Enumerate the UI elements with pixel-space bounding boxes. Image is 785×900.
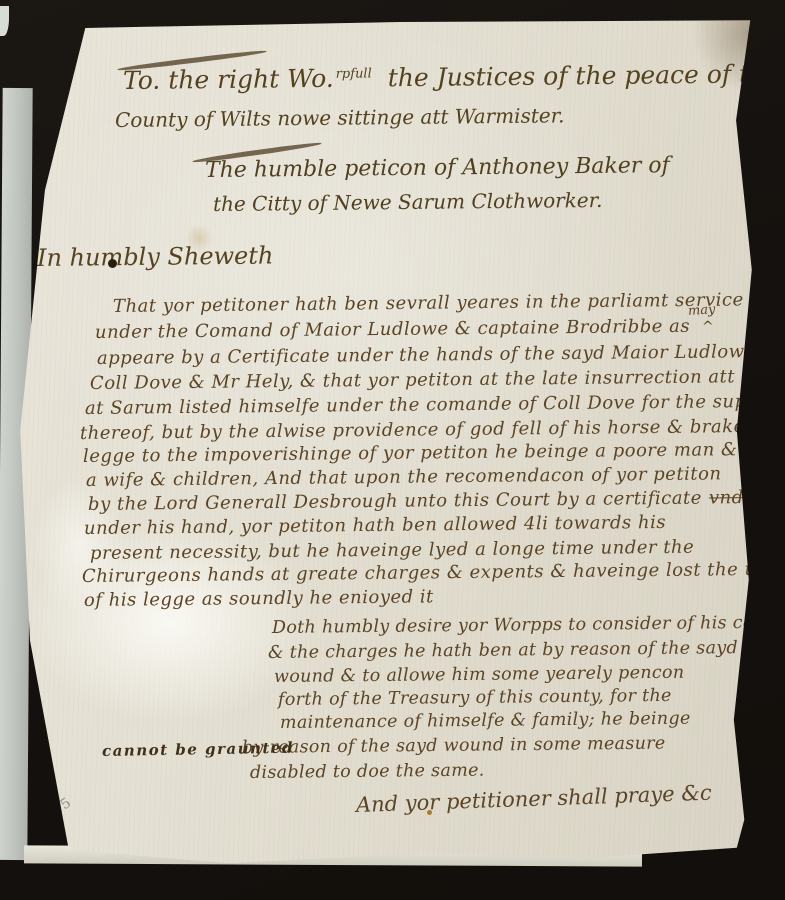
body-line-4: Coll Dove & Mr Hely, & that yor petiton … — [90, 366, 735, 394]
photo-background: To. the right Wo.rpfullthe Justices of t… — [0, 0, 785, 900]
heading-line-2: County of Wilts nowe sittinge att Warmis… — [115, 103, 565, 132]
prayer-line-1: Doth humbly desire yor Worpps to conside… — [272, 612, 785, 638]
body-line-9-text: by the Lord Generall Desbrough unto this… — [88, 488, 702, 515]
closing-prayer: And yor petitioner shall praye &c — [356, 781, 712, 817]
prayer-line-6: by reason of the sayd wound in some meas… — [242, 734, 666, 758]
background-speck — [0, 6, 9, 36]
body-line-2: under the Comand of Maior Ludlowe & capt… — [95, 316, 690, 343]
prayer-line-4: forth of the Treasury of this county, fo… — [278, 686, 672, 710]
petition-title-line-1: The humble peticon of Anthoney Baker of — [205, 153, 670, 183]
manuscript-page: To. the right Wo.rpfullthe Justices of t… — [12, 16, 760, 870]
interlinear-insertion: may — [687, 302, 715, 319]
margin-annotation: cannot be graunted — [102, 739, 294, 760]
body-line-1: That yor petitoner hath ben sevrall year… — [113, 289, 744, 317]
petition-title-line-2: the Citty of Newe Sarum Clothworker. — [213, 188, 603, 216]
insertion-caret: ^ — [702, 319, 714, 335]
heading-line-1: To. the right Wo.rpfullthe Justices of t… — [123, 59, 780, 95]
body-line-8: a wife & children, And that upon the rec… — [86, 463, 722, 491]
heading-superscript: rpfull — [336, 66, 372, 81]
heading-line-1-pre: To. the right Wo. — [123, 64, 334, 95]
body-line-10: under his hand, yor petiton hath ben all… — [84, 512, 666, 539]
prayer-line-2: & the charges he hath ben at by reason o… — [268, 638, 738, 663]
archival-folio-number: 115 — [41, 794, 75, 824]
body-line-13: of his legge as soundly he enioyed it — [84, 586, 434, 611]
prayer-line-7: disabled to doe the same. — [250, 761, 485, 783]
prayer-line-3: wound & to allowe him some yearely penco… — [274, 663, 685, 687]
heading-line-1-post: the Justices of the peace of the — [388, 59, 781, 92]
prayer-line-5: maintenance of himselfe & family; he bei… — [280, 709, 691, 733]
body-line-3: appeare by a Certificate under the hands… — [97, 341, 762, 369]
struck-out-word: vnder — [709, 487, 764, 509]
foxing-spot — [427, 810, 432, 815]
body-line-9: by the Lord Generall Desbrough unto this… — [88, 487, 764, 515]
body-line-5: at Sarum listed himselfe under the coman… — [85, 390, 785, 419]
salutation: In humbly Sheweth — [37, 242, 274, 272]
ink-blot — [108, 259, 117, 268]
